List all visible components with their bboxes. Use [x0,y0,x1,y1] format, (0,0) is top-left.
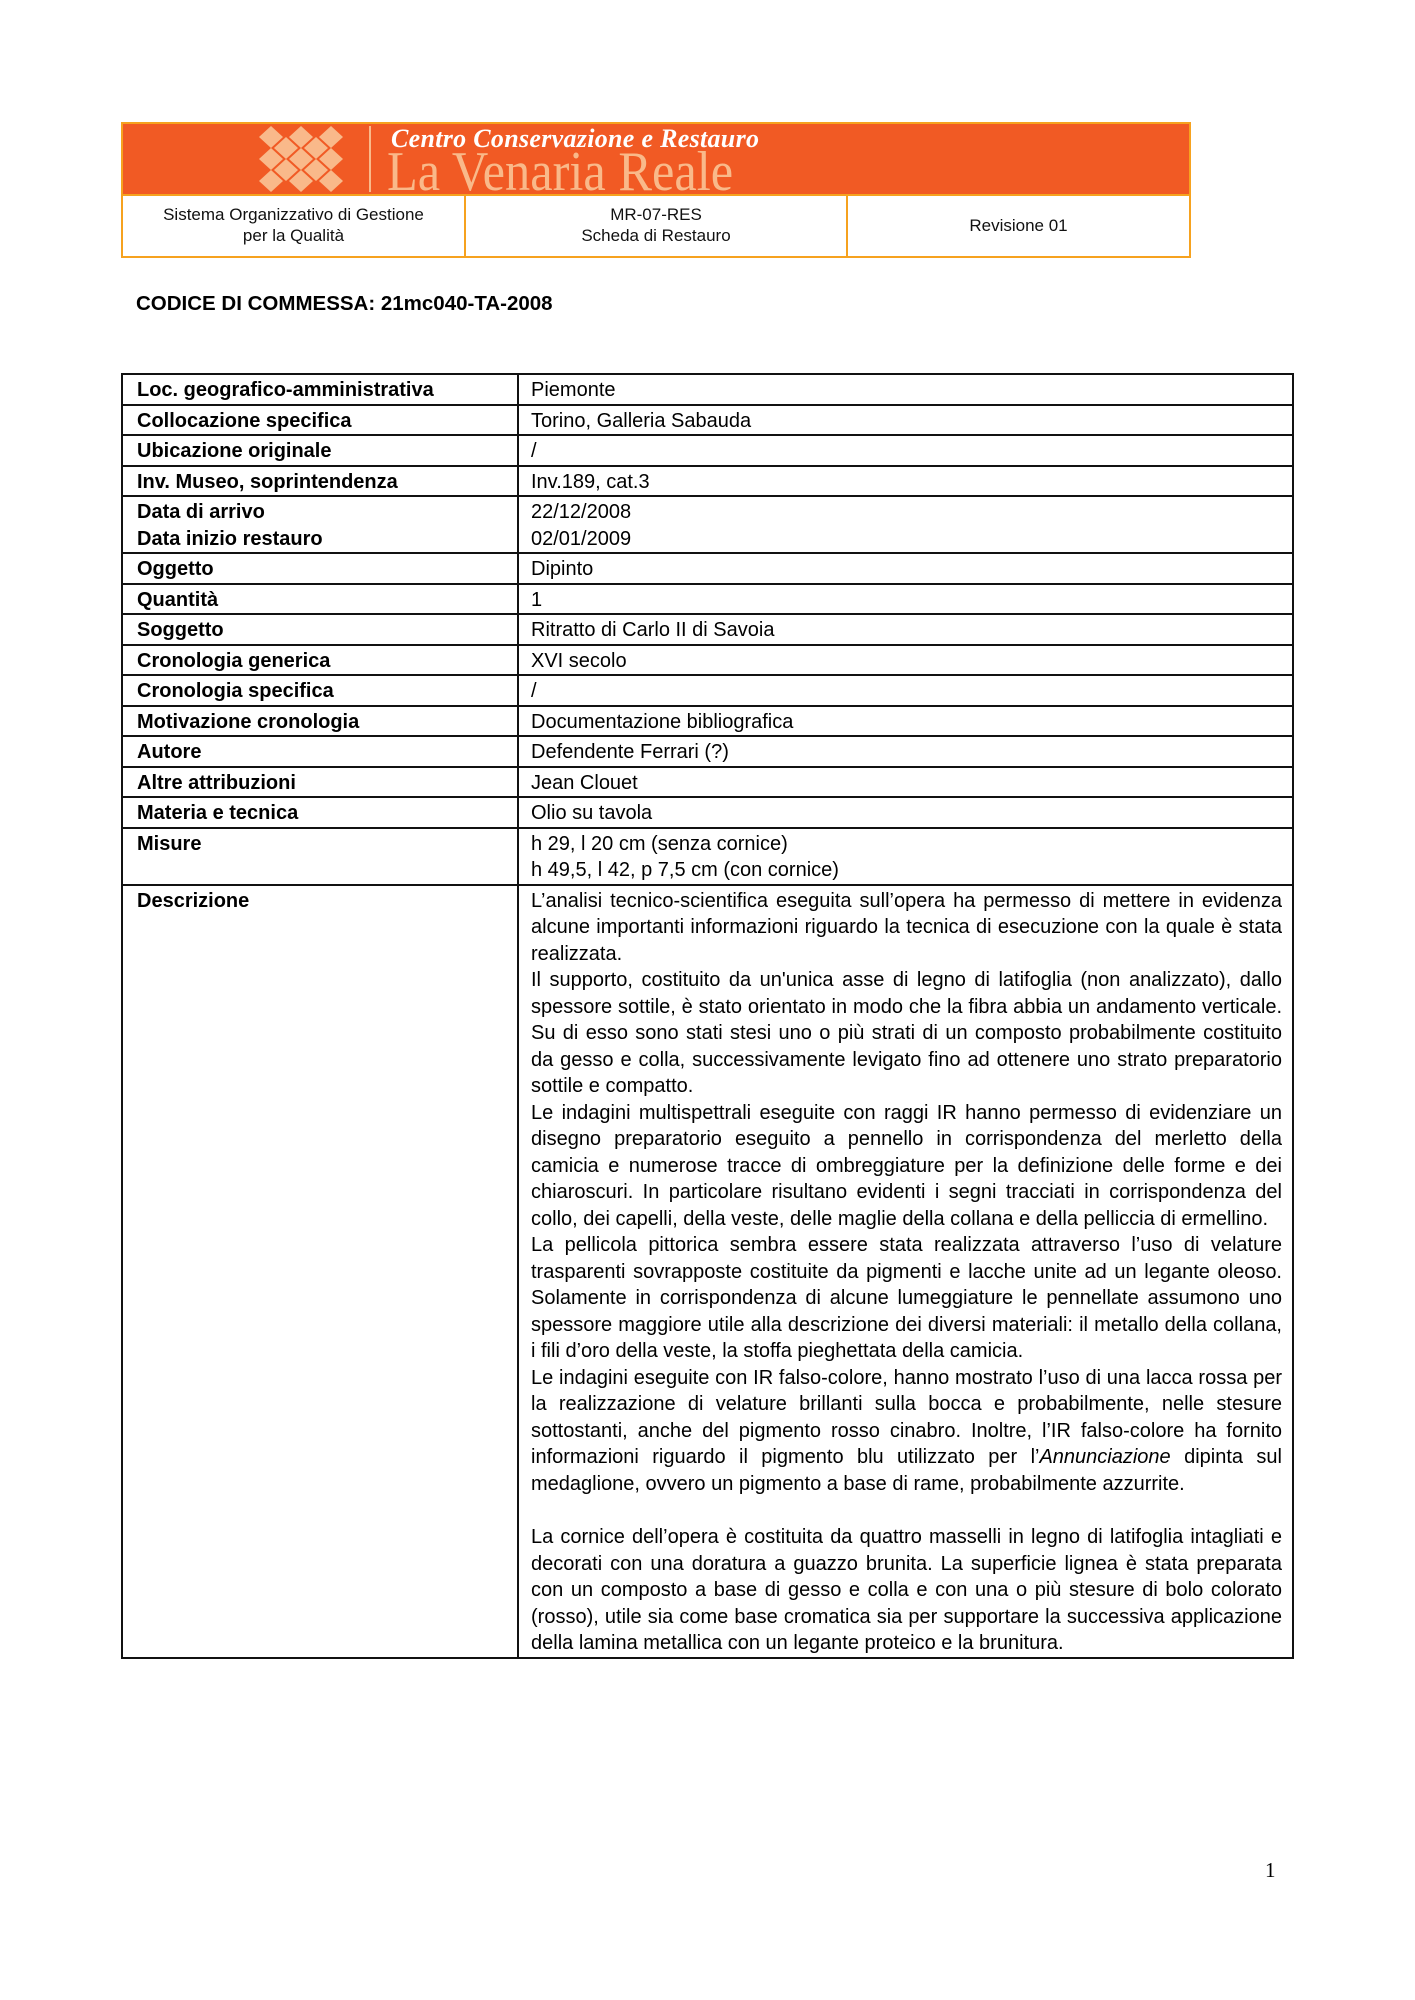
quality-system-line1: Sistema Organizzativo di Gestione [163,204,424,225]
row-label: Altre attribuzioni [123,768,519,797]
row-label: Cronologia specifica [123,676,519,705]
revision-cell: Revisione 01 [848,194,1189,256]
row-value: XVI secolo [519,646,1292,675]
description-paragraph: Il supporto, costituito da un'unica asse… [531,967,1282,1100]
diamond-grid-logo-icon [257,126,345,192]
description-paragraph: L’analisi tecnico-scientifica eseguita s… [531,888,1282,968]
row-value: / [519,676,1292,705]
arrival-date-value: 22/12/2008 [531,499,1282,526]
document-code-cell: MR-07-RES Scheda di Restauro [466,194,848,256]
row-value: Jean Clouet [519,768,1292,797]
row-label: Autore [123,737,519,766]
row-value: h 29, l 20 cm (senza cornice) h 49,5, l … [519,829,1292,884]
row-label: Loc. geografico-amministrativa [123,375,519,404]
logo-title: La Venaria Reale [387,144,733,196]
page-number: 1 [1265,1858,1276,1883]
arrival-date-label: Data di arrivo [137,499,517,526]
row-value: Ritratto di Carlo II di Savoia [519,615,1292,644]
row-label: Cronologia generica [123,646,519,675]
table-row-description: Descrizione L’analisi tecnico-scientific… [123,884,1292,1657]
description-text: L’analisi tecnico-scientifica eseguita s… [519,886,1292,1657]
row-label: Soggetto [123,615,519,644]
row-value: 22/12/2008 02/01/2009 [519,497,1292,552]
row-value: Piemonte [519,375,1292,404]
table-row: Collocazione specifica Torino, Galleria … [123,404,1292,435]
row-label: Descrizione [123,886,519,1657]
table-row: Soggetto Ritratto di Carlo II di Savoia [123,613,1292,644]
measures-without-frame: h 29, l 20 cm (senza cornice) [531,831,1282,858]
restoration-start-label: Data inizio restauro [137,526,517,553]
header-info-row: Sistema Organizzativo di Gestione per la… [123,194,1189,256]
table-row: Motivazione cronologia Documentazione bi… [123,705,1292,736]
commessa-code: CODICE DI COMMESSA: 21mc040-TA-2008 [136,292,553,316]
restoration-start-value: 02/01/2009 [531,526,1282,553]
revision-label: Revisione 01 [969,215,1067,236]
row-value: Documentazione bibliografica [519,707,1292,736]
row-label: Inv. Museo, soprintendenza [123,467,519,496]
table-row: Quantità 1 [123,583,1292,614]
table-row: Cronologia generica XVI secolo [123,644,1292,675]
row-label: Misure [123,829,519,884]
row-value: Torino, Galleria Sabauda [519,406,1292,435]
restoration-record-table: Loc. geografico-amministrativa Piemonte … [121,373,1294,1659]
table-row-measures: Misure h 29, l 20 cm (senza cornice) h 4… [123,827,1292,884]
row-label: Quantità [123,585,519,614]
table-row: Loc. geografico-amministrativa Piemonte [123,375,1292,404]
row-value: / [519,436,1292,465]
table-row: Altre attribuzioni Jean Clouet [123,766,1292,797]
table-row: Oggetto Dipinto [123,552,1292,583]
row-value: Dipinto [519,554,1292,583]
row-label: Motivazione cronologia [123,707,519,736]
measures-with-frame: h 49,5, l 42, p 7,5 cm (con cornice) [531,857,1282,884]
row-label: Oggetto [123,554,519,583]
document-header: Centro Conservazione e Restauro La Venar… [121,122,1191,258]
quality-system-cell: Sistema Organizzativo di Gestione per la… [123,194,466,256]
document-code: MR-07-RES [610,204,702,225]
row-value: Defendente Ferrari (?) [519,737,1292,766]
row-label: Collocazione specifica [123,406,519,435]
description-paragraph: Le indagini multispettrali eseguite con … [531,1100,1282,1233]
row-value: Olio su tavola [519,798,1292,827]
artwork-title: Annunciazione [1039,1446,1170,1468]
table-row: Materia e tecnica Olio su tavola [123,796,1292,827]
row-value: Inv.189, cat.3 [519,467,1292,496]
header-logo-band: Centro Conservazione e Restauro La Venar… [123,124,1189,196]
description-paragraph: La pellicola pittorica sembra essere sta… [531,1232,1282,1365]
table-row-dates: Data di arrivo Data inizio restauro 22/1… [123,495,1292,552]
row-label: Ubicazione originale [123,436,519,465]
row-label: Materia e tecnica [123,798,519,827]
table-row: Autore Defendente Ferrari (?) [123,735,1292,766]
quality-system-line2: per la Qualità [163,225,424,246]
description-paragraph: Le indagini eseguite con IR falso-colore… [531,1365,1282,1498]
table-row: Cronologia specifica / [123,674,1292,705]
row-value: 1 [519,585,1292,614]
row-label: Data di arrivo Data inizio restauro [123,497,519,552]
description-paragraph: La cornice dell’opera è costituita da qu… [531,1524,1282,1657]
document-name: Scheda di Restauro [581,225,730,246]
table-row: Ubicazione originale / [123,434,1292,465]
table-row: Inv. Museo, soprintendenza Inv.189, cat.… [123,465,1292,496]
logo-divider [369,126,371,192]
